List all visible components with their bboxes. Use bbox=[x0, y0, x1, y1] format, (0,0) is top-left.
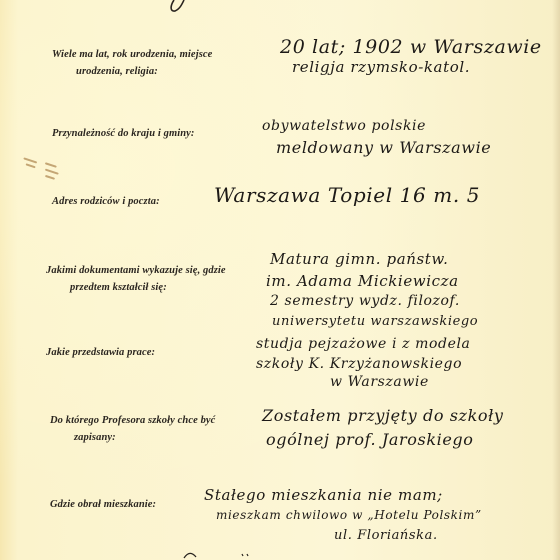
label-line-1: Wiele ma lat, rok urodzenia, miejsce bbox=[52, 49, 212, 60]
field-label-submitted-works: Jakie przedstawia prace: bbox=[46, 344, 155, 361]
label-line-1: Do którego Profesora szkoły chce być bbox=[50, 415, 215, 426]
field-label-age-birth-religion: Wiele ma lat, rok urodzenia, miejsce uro… bbox=[52, 46, 212, 80]
label-line-1: Adres rodziców i poczta: bbox=[52, 196, 160, 207]
answer-line: Stałego mieszkania nie mam; bbox=[204, 486, 443, 504]
answer-line: szkoły K. Krzyżanowskiego bbox=[256, 356, 462, 372]
label-line-1: Jakimi dokumentami wykazuje się, gdzie bbox=[46, 265, 226, 276]
answer-line: Warszawa Topiel 16 m. 5 bbox=[214, 183, 480, 207]
field-label-professor: Do którego Profesora szkoły chce być zap… bbox=[50, 412, 215, 446]
answer-line: ogólnej prof. Jaroskiego bbox=[266, 430, 474, 449]
handwritten-stroke-fragment bbox=[160, 0, 190, 14]
handwritten-stroke-fragment bbox=[180, 548, 300, 560]
answer-line: 20 lat; 1902 w Warszawie bbox=[280, 36, 542, 58]
answer-line: meldowany w Warszawie bbox=[276, 138, 491, 157]
label-line-2: zapisany: bbox=[50, 429, 215, 446]
answer-line: w Warszawie bbox=[330, 374, 429, 390]
answer-line: im. Adama Mickiewicza bbox=[266, 272, 459, 290]
answer-line: Matura gimn. państw. bbox=[270, 250, 448, 268]
answer-line: mieszkam chwilowo w „Hotelu Polskim” bbox=[216, 508, 482, 522]
field-label-documents-education: Jakimi dokumentami wykazuje się, gdzie p… bbox=[46, 262, 226, 296]
document-page: Wiele ma lat, rok urodzenia, miejsce uro… bbox=[0, 0, 560, 560]
answer-line: ul. Floriańska. bbox=[334, 528, 438, 543]
answer-line: religja rzymsko-katol. bbox=[292, 58, 470, 76]
answer-line: 2 semestry wydz. filozof. bbox=[270, 293, 460, 309]
page-edge-shadow bbox=[552, 0, 560, 560]
paper-stain bbox=[17, 154, 69, 193]
field-label-citizenship: Przynależność do kraju i gminy: bbox=[52, 125, 195, 142]
label-line-1: Przynależność do kraju i gminy: bbox=[52, 128, 195, 139]
field-label-residence: Gdzie obrał mieszkanie: bbox=[50, 496, 156, 513]
field-label-parents-address: Adres rodziców i poczta: bbox=[52, 193, 160, 210]
label-line-2: urodzenia, religia: bbox=[52, 63, 212, 80]
label-line-1: Jakie przedstawia prace: bbox=[46, 347, 155, 358]
label-line-1: Gdzie obrał mieszkanie: bbox=[50, 499, 156, 510]
answer-line: studja pejzażowe i z modela bbox=[256, 336, 471, 352]
answer-line: uniwersytetu warszawskiego bbox=[272, 314, 478, 329]
answer-line: obywatelstwo polskie bbox=[262, 118, 426, 134]
label-line-2: przedtem kształcił się: bbox=[46, 279, 226, 296]
answer-line: Zostałem przyjęty do szkoły bbox=[262, 406, 504, 425]
